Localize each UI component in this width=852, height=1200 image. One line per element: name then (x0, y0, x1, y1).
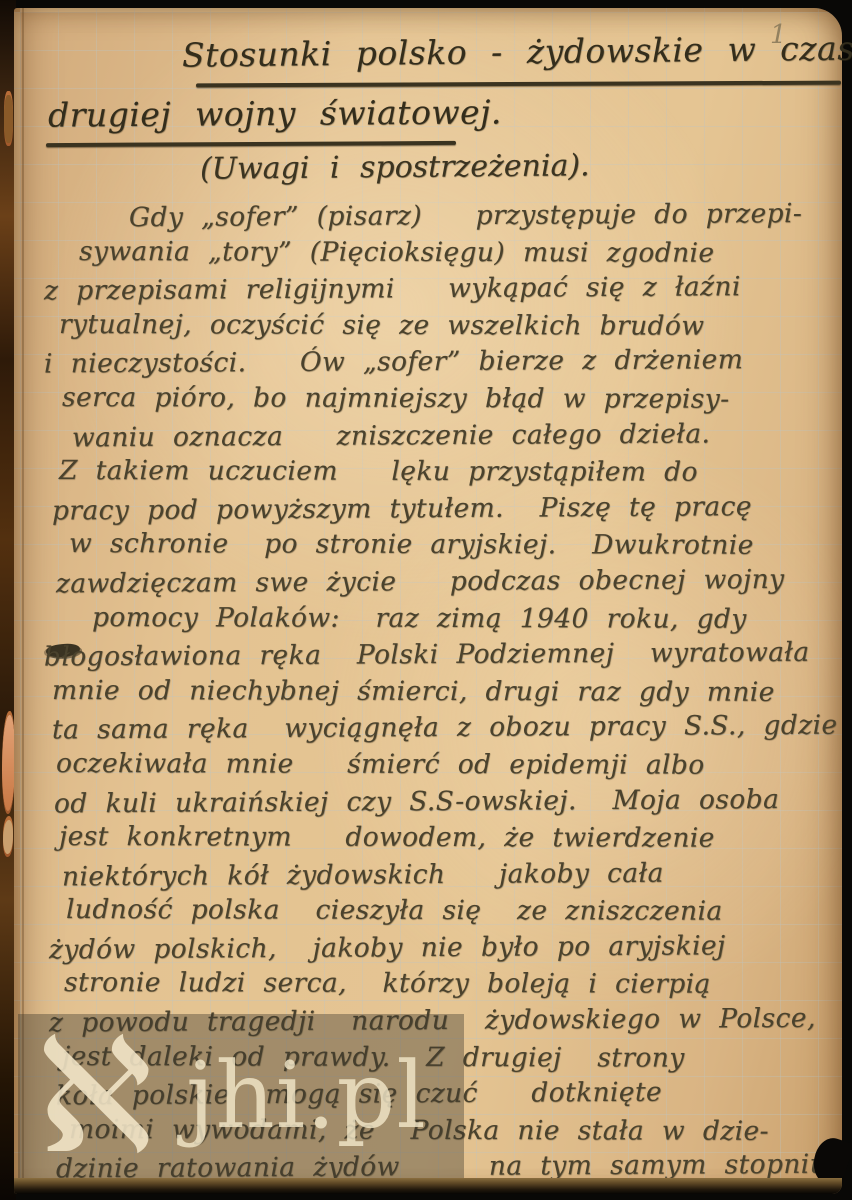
manuscript-title-line1: Stosunki polsko - żydowskie w czasie (182, 28, 852, 74)
manuscript-line: serca pióro, bo najmniejszy błąd w przep… (62, 380, 844, 419)
manuscript-subtitle: (Uwagi i spostrzeżenia). (200, 148, 590, 186)
title-underline (46, 141, 456, 147)
manuscript-line: żydów polskich, jakoby nie było po aryjs… (49, 927, 844, 968)
manuscript-line: pracy pod powyższym tytułem. Piszę tę pr… (52, 488, 844, 529)
manuscript-line: z przepisami religijnymi wykąpać się z ł… (44, 269, 844, 310)
manuscript-line: sywania „tory” (Pięcioksięgu) musi zgodn… (79, 234, 844, 273)
manuscript-line: i nieczystości. Ów „sofer” bierze z drże… (44, 342, 844, 383)
manuscript-line: Gdy „sofer” (pisarz) przystępuje do prze… (129, 196, 844, 237)
manuscript-line: zawdzięczam swe życie podczas obecnej wo… (56, 562, 844, 603)
manuscript-page: 1 Stosunki polsko - żydowskie w czasie d… (14, 8, 842, 1194)
manuscript-line: waniu oznacza zniszczenie całego dzieła. (72, 415, 844, 456)
watermark-overlay: ℵ jhi.pl (18, 1014, 464, 1194)
watermark-text: jhi.pl (186, 1050, 427, 1142)
manuscript-line: ta sama ręka wyciągnęła z obozu pracy S.… (52, 708, 844, 749)
manuscript-line: pomocy Polaków: raz zimą 1940 roku, gdy (92, 600, 844, 639)
manuscript-line: w schronie po stronie aryjskiej. Dwukrot… (69, 526, 844, 565)
manuscript-line: stronie ludzi serca, którzy boleją i cie… (64, 965, 844, 1004)
manuscript-title-line2: drugiej wojny światowej. (48, 92, 502, 134)
jhi-logo-glyph: ℵ (36, 1022, 154, 1172)
manuscript-line: jest konkretnym dowodem, że twierdzenie (59, 819, 844, 858)
manuscript-line: niektórych kół żydowskich jakoby cała (62, 854, 844, 895)
manuscript-line: ludność polska cieszyła się ze zniszczen… (66, 892, 844, 931)
manuscript-line: oczekiwała mnie śmierć od epidemji albo (56, 746, 844, 785)
manuscript-line: mnie od niechybnej śmierci, drugi raz gd… (52, 673, 844, 712)
manuscript-line: błogosławiona ręka Polski Podziemnej wyr… (44, 635, 844, 676)
manuscript-line: Z takiem uczuciem lęku przystąpiłem do (59, 453, 844, 492)
torn-edge-patch (4, 95, 13, 143)
title-underline (196, 81, 841, 88)
manuscript-line: rytualnej, oczyścić się ze wszelkich bru… (59, 307, 844, 346)
page-bottom-edge (14, 1178, 842, 1194)
manuscript-line: od kuli ukraińskiej czy S.S-owskiej. Moj… (54, 781, 844, 822)
